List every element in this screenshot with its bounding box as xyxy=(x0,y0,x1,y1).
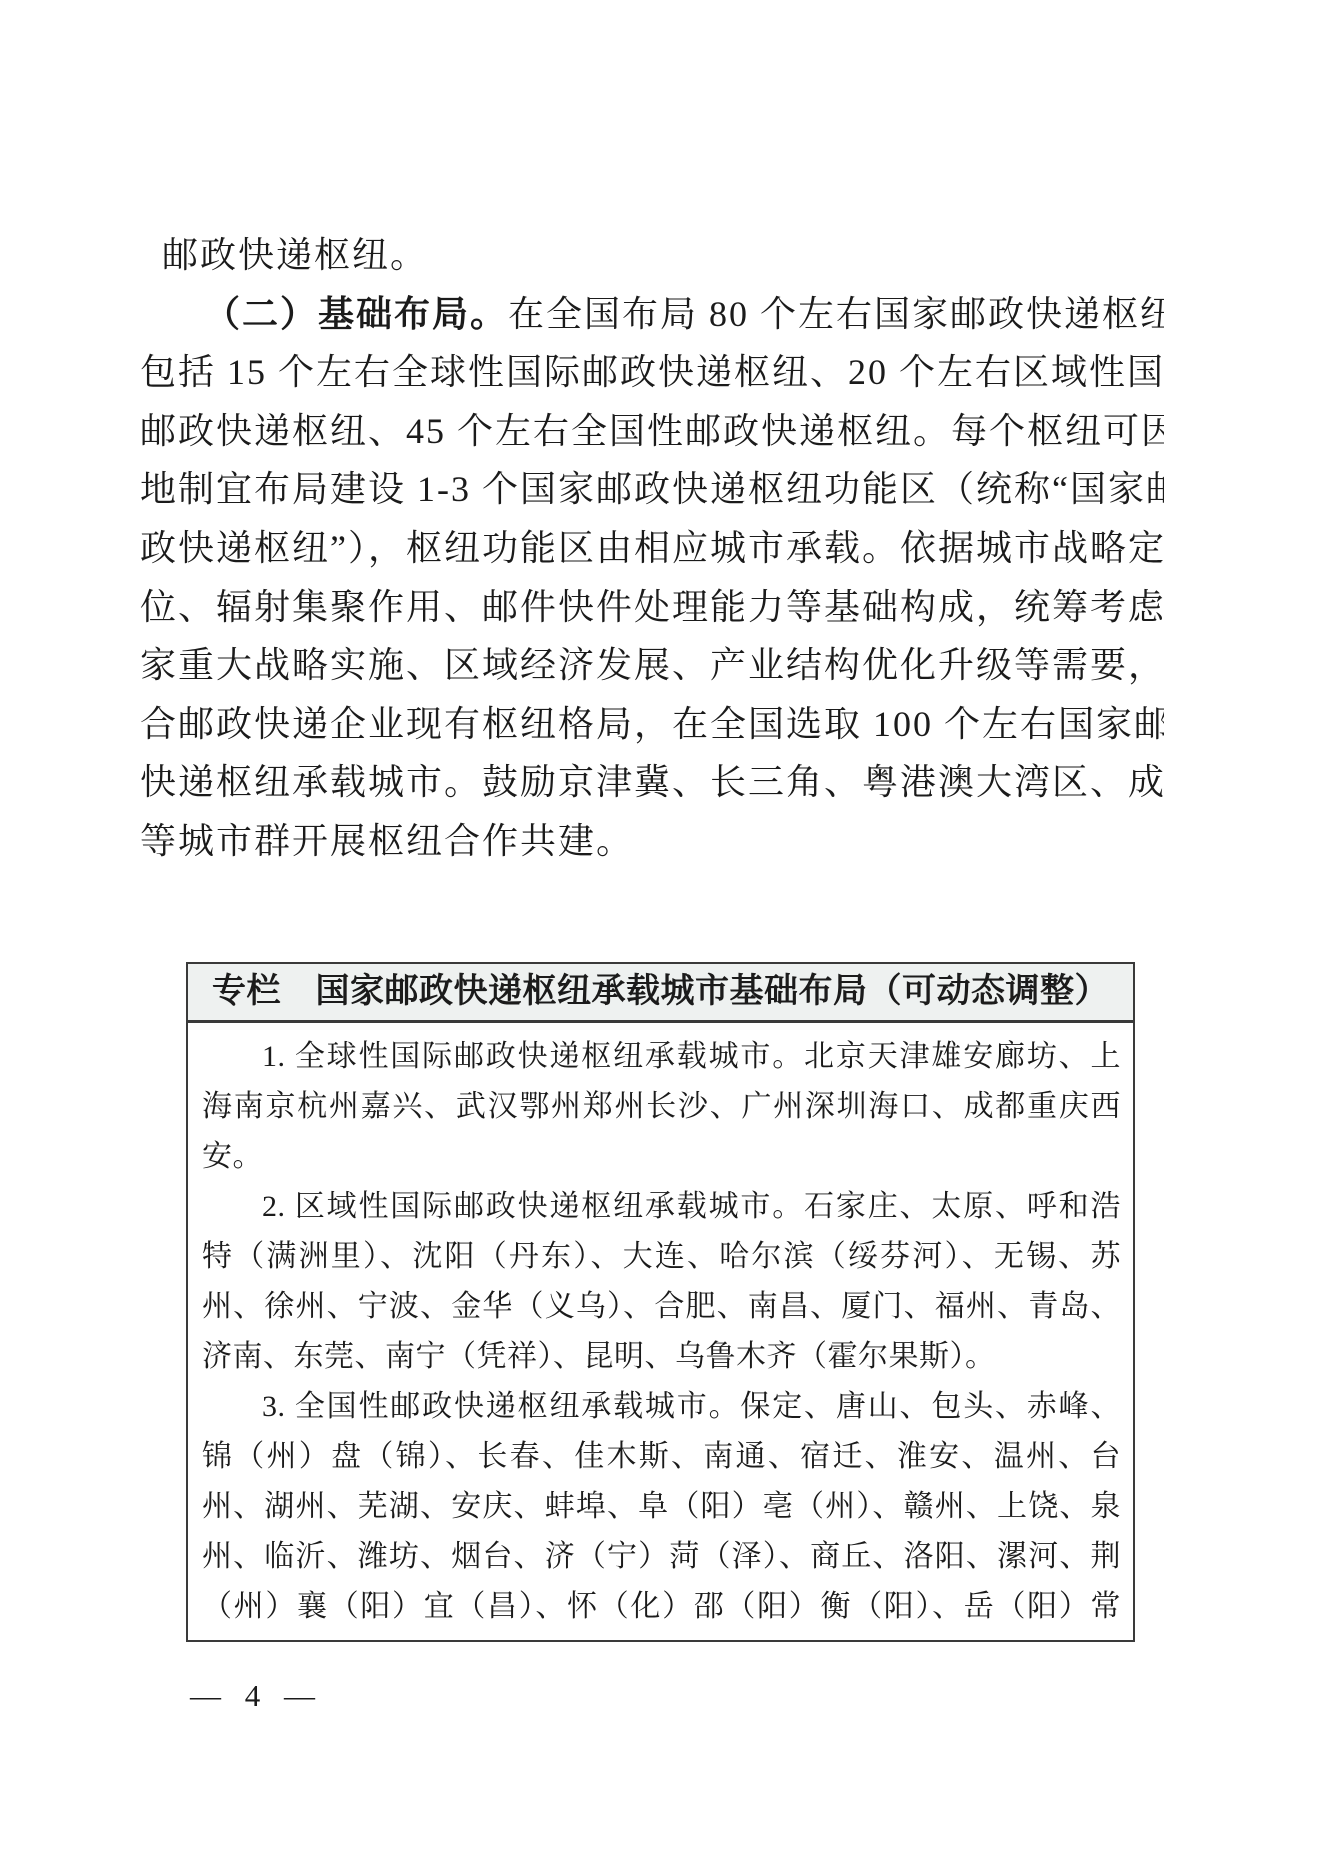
page-number: — 4 — xyxy=(190,1678,323,1714)
text-line: 地制宜布局建设 1-3 个国家邮政快递枢纽功能区（统称“国家邮 xyxy=(140,460,1164,519)
text-line: 海南京杭州嘉兴、武汉鄂州郑州长沙、广州深圳海口、成都重庆西 xyxy=(202,1082,1121,1132)
column-box: 专栏 国家邮政快递枢纽承载城市基础布局（可动态调整） 1. 全球性国际邮政快递枢… xyxy=(186,962,1135,1642)
paragraph-lead: （二）基础布局。 xyxy=(204,294,508,334)
box-content: 1. 全球性国际邮政快递枢纽承载城市。北京天津雄安廊坊、上海南京杭州嘉兴、武汉鄂… xyxy=(188,1023,1133,1642)
text-line: 2. 区域性国际邮政快递枢纽承载城市。石家庄、太原、呼和浩 xyxy=(202,1182,1121,1232)
text-line: （州）襄（阳）宜（昌）、怀（化）邵（阳）衡（阳）、岳（阳）常 xyxy=(202,1582,1121,1632)
text-line: 包括 15 个左右全球性国际邮政快递枢纽、20 个左右区域性国际 xyxy=(140,343,1164,402)
text-line: 家重大战略实施、区域经济发展、产业结构优化升级等需要，结 xyxy=(140,636,1164,695)
box-title: 专栏 国家邮政快递枢纽承载城市基础布局（可动态调整） xyxy=(188,964,1133,1023)
text-line: 州、湖州、芜湖、安庆、蚌埠、阜（阳）亳（州）、赣州、上饶、泉 xyxy=(202,1482,1121,1532)
text-line: 1. 全球性国际邮政快递枢纽承载城市。北京天津雄安廊坊、上 xyxy=(202,1032,1121,1082)
text-line: 安。 xyxy=(202,1132,1121,1182)
text-line: 州、徐州、宁波、金华（义乌）、合肥、南昌、厦门、福州、青岛、 xyxy=(202,1282,1121,1332)
text-line: 快递枢纽承载城市。鼓励京津冀、长三角、粤港澳大湾区、成渝 xyxy=(140,753,1164,812)
text-line: 州、临沂、潍坊、烟台、济（宁）菏（泽）、商丘、洛阳、漯河、荆 xyxy=(202,1532,1121,1582)
text-line: （二）基础布局。在全国布局 80 个左右国家邮政快递枢纽， xyxy=(140,285,1164,344)
text-line: 等城市群开展枢纽合作共建。 xyxy=(140,812,1164,871)
text-line: 锦（州）盘（锦）、长春、佳木斯、南通、宿迁、淮安、温州、台 xyxy=(202,1432,1121,1482)
text-line: 邮政快递枢纽、45 个左右全国性邮政快递枢纽。每个枢纽可因 xyxy=(140,402,1164,461)
text-line: 济南、东莞、南宁（凭祥）、昆明、乌鲁木齐（霍尔果斯）。 xyxy=(202,1332,1121,1382)
text-line: 邮政快递枢纽。 xyxy=(140,226,1164,285)
text-line: 3. 全国性邮政快递枢纽承载城市。保定、唐山、包头、赤峰、 xyxy=(202,1382,1121,1432)
document-page: 邮政快递枢纽。（二）基础布局。在全国布局 80 个左右国家邮政快递枢纽，包括 1… xyxy=(0,0,1323,1871)
body-text: 邮政快递枢纽。（二）基础布局。在全国布局 80 个左右国家邮政快递枢纽，包括 1… xyxy=(140,226,1164,871)
text-line: 政快递枢纽”），枢纽功能区由相应城市承载。依据城市战略定 xyxy=(140,519,1164,578)
text-line: 合邮政快递企业现有枢纽格局，在全国选取 100 个左右国家邮政 xyxy=(140,695,1164,754)
text-line: 特（满洲里）、沈阳（丹东）、大连、哈尔滨（绥芬河）、无锡、苏 xyxy=(202,1232,1121,1282)
text-line: 位、辐射集聚作用、邮件快件处理能力等基础构成，统筹考虑国 xyxy=(140,578,1164,637)
